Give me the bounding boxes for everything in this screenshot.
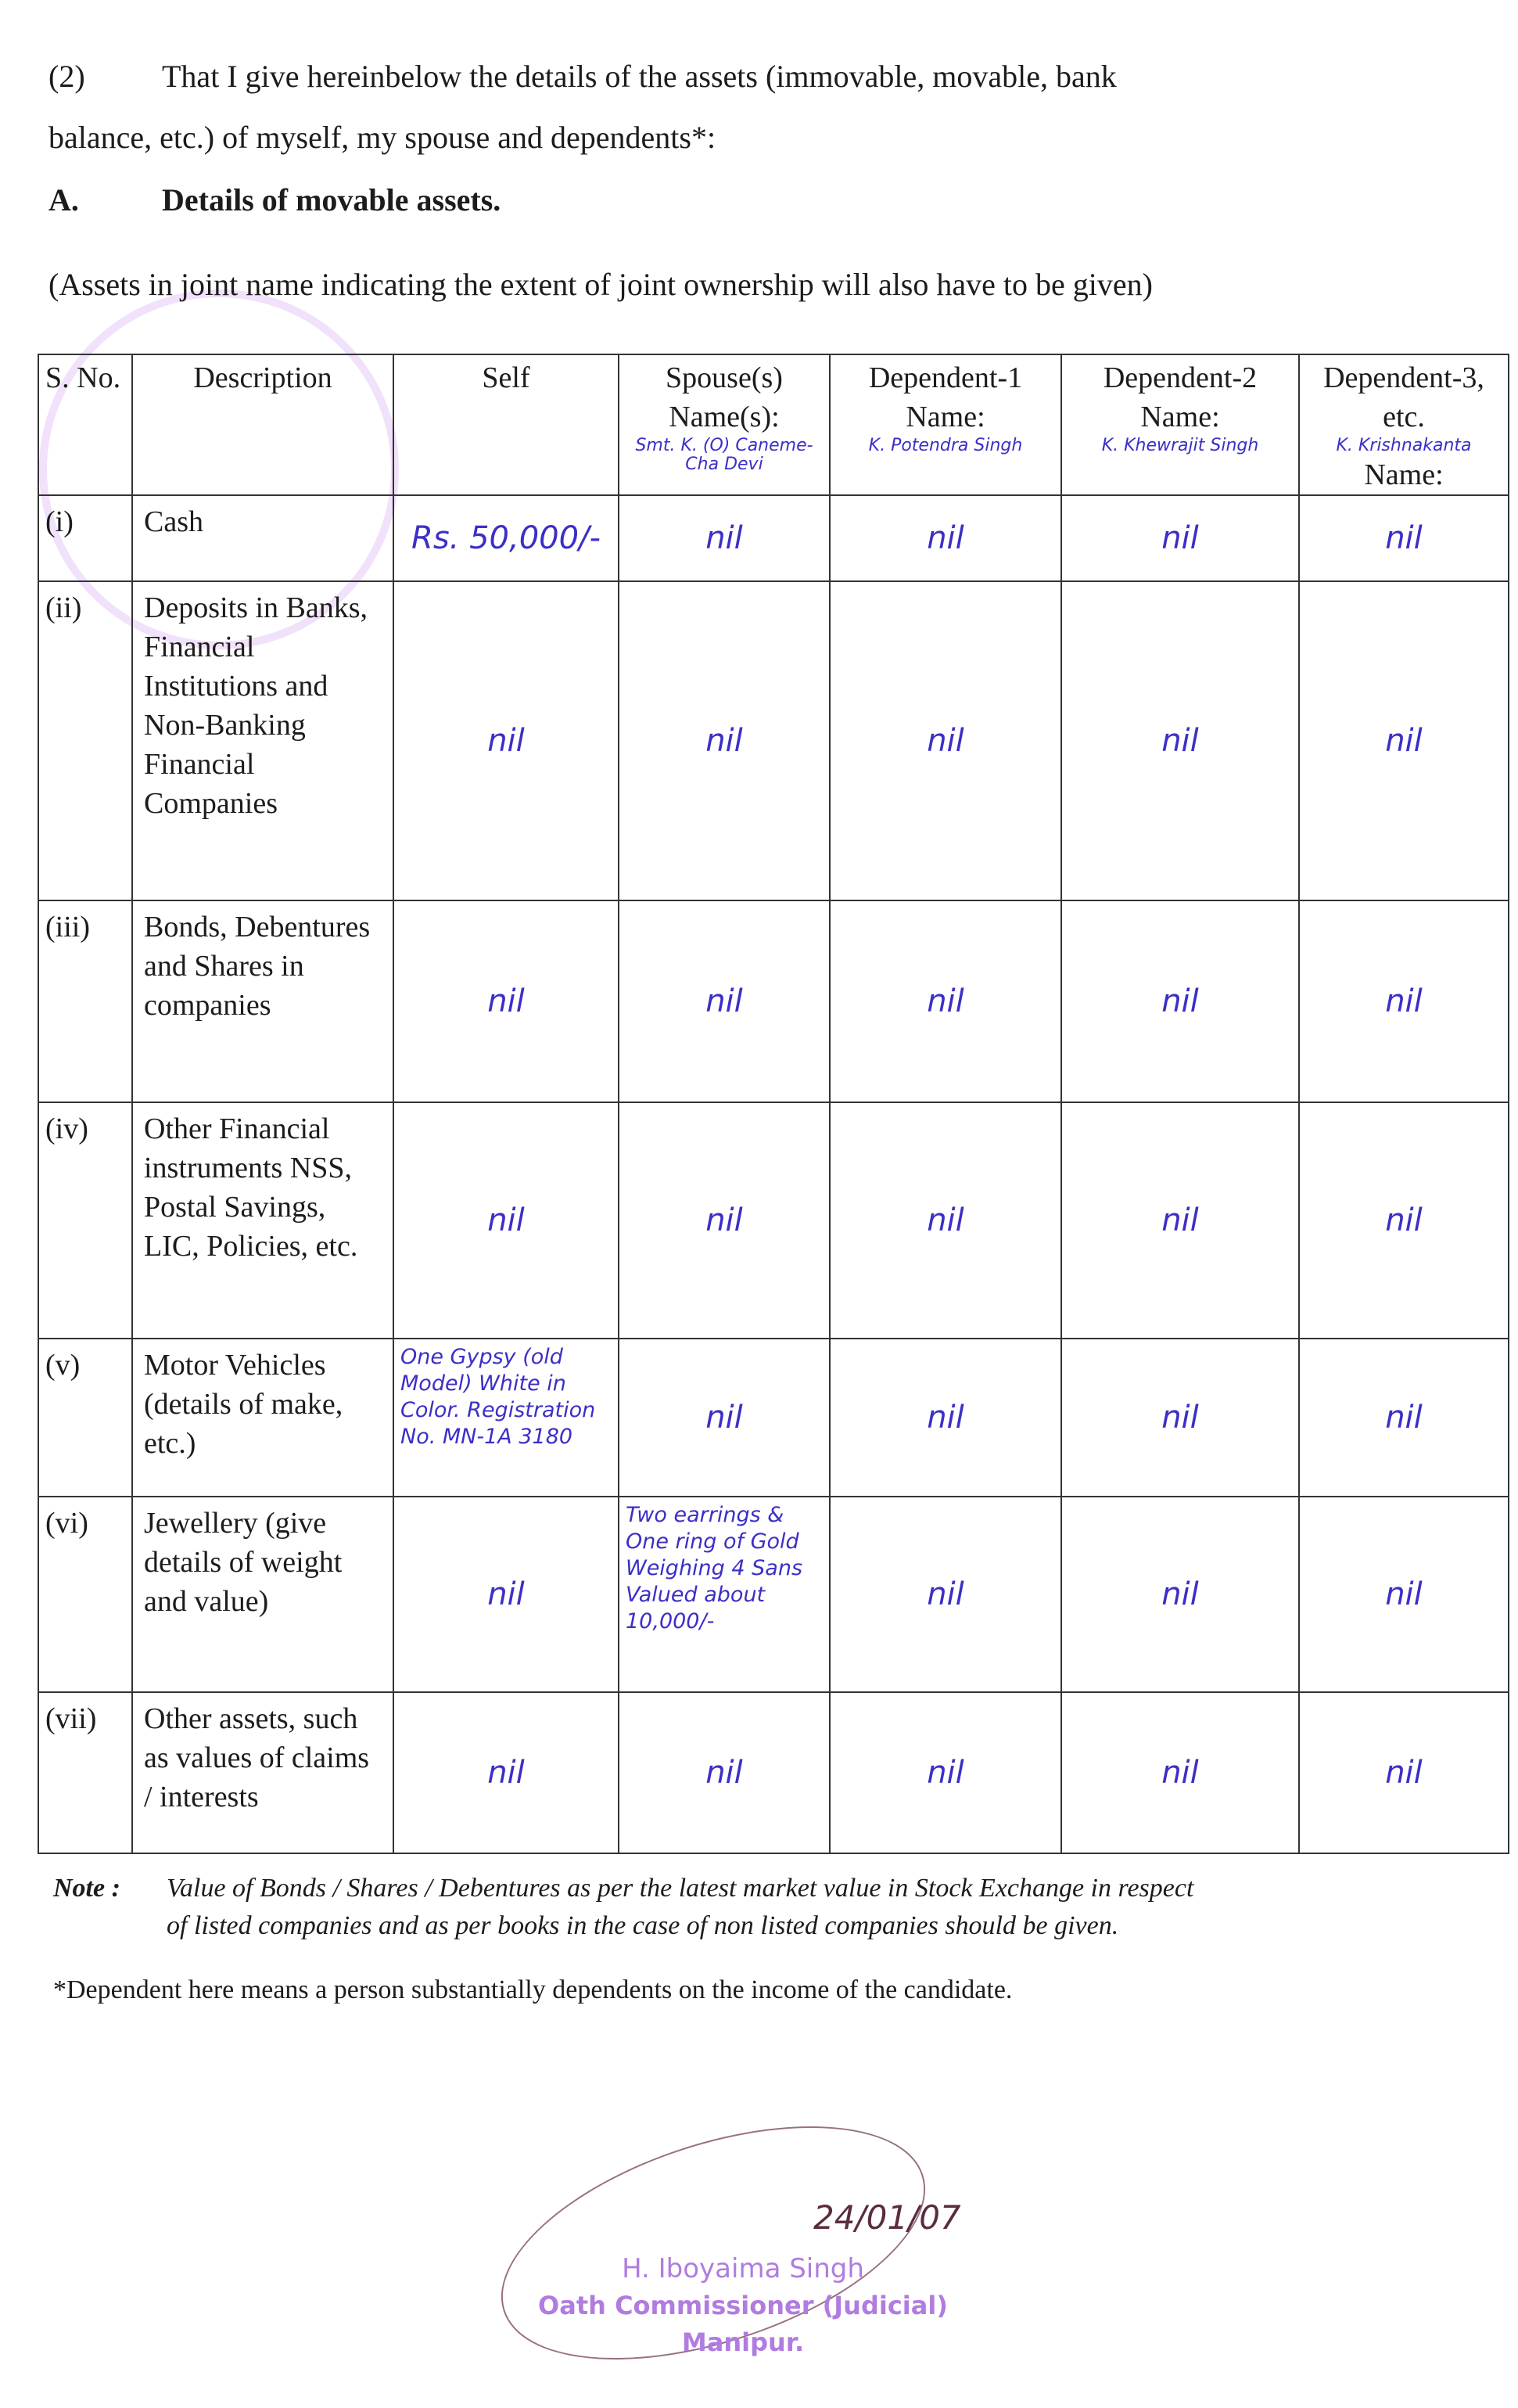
row-description: Bonds, Debentures and Shares in companie… <box>132 900 393 1102</box>
row-value-dep2: nil <box>1061 900 1299 1102</box>
intro-number: (2) <box>48 45 162 108</box>
row-value-self: nil <box>393 1692 619 1853</box>
commissioner-name: H. Iboyaima Singh <box>469 2253 1017 2284</box>
header-self: Self <box>393 354 619 495</box>
row-value-dep2: nil <box>1061 1497 1299 1692</box>
row-value-spouse: nil <box>619 1102 830 1339</box>
dependent-1-name: K. Potendra Singh <box>831 437 1060 455</box>
row-value-spouse: Two earrings & One ring of Gold Weighing… <box>619 1497 830 1692</box>
movable-assets-table: S. No. Description Self Spouse(s) Name(s… <box>38 354 1509 1854</box>
row-value-spouse: nil <box>619 581 830 900</box>
commissioner-place: Manipur. <box>469 2327 1017 2357</box>
row-sno: (vii) <box>38 1692 132 1853</box>
row-value-self: nil <box>393 581 619 900</box>
row-description: Other Financial instruments NSS, Postal … <box>132 1102 393 1339</box>
table-header-row: S. No. Description Self Spouse(s) Name(s… <box>38 354 1509 495</box>
dependent-3-name: K. Krishnakanta <box>1300 437 1508 455</box>
dependent-footnote: *Dependent here means a person substanti… <box>53 1975 1012 2005</box>
dependent-2-name: K. Khewrajit Singh <box>1062 437 1298 455</box>
row-description: Cash <box>132 495 393 581</box>
row-value-self: Rs. 50,000/- <box>393 495 619 581</box>
row-value-dep3: nil <box>1299 1497 1509 1692</box>
row-value-spouse: nil <box>619 1339 830 1497</box>
row-value-spouse: nil <box>619 1692 830 1853</box>
header-dependent-2: Dependent-2 Name: K. Khewrajit Singh <box>1061 354 1299 495</box>
row-value-dep3: nil <box>1299 1102 1509 1339</box>
row-description: Motor Vehicles (details of make, etc.) <box>132 1339 393 1497</box>
row-sno: (iii) <box>38 900 132 1102</box>
row-value-dep2: nil <box>1061 581 1299 900</box>
row-value-dep2: nil <box>1061 495 1299 581</box>
row-value-dep1: nil <box>830 1102 1061 1339</box>
table-row: (i)CashRs. 50,000/-nilnilnilnil <box>38 495 1509 581</box>
row-sno: (v) <box>38 1339 132 1497</box>
row-value-dep2: nil <box>1061 1692 1299 1853</box>
row-value-dep3: nil <box>1299 495 1509 581</box>
spouse-name: Smt. K. (O) Caneme-Cha Devi <box>619 437 829 474</box>
row-value-dep3: nil <box>1299 581 1509 900</box>
table-row: (iii)Bonds, Debentures and Shares in com… <box>38 900 1509 1102</box>
row-value-spouse: nil <box>619 900 830 1102</box>
row-value-dep1: nil <box>830 581 1061 900</box>
row-value-self: nil <box>393 1102 619 1339</box>
table-row: (vi)Jewellery (give details of weight an… <box>38 1497 1509 1692</box>
row-description: Other assets, such as values of claims /… <box>132 1692 393 1853</box>
header-dependent-3: Dependent-3, etc. K. Krishnakanta Name: <box>1299 354 1509 495</box>
row-value-dep1: nil <box>830 900 1061 1102</box>
row-description: Deposits in Banks, Financial Institution… <box>132 581 393 900</box>
section-heading: A.Details of movable assets. <box>48 181 501 218</box>
row-sno: (i) <box>38 495 132 581</box>
table-row: (ii)Deposits in Banks, Financial Institu… <box>38 581 1509 900</box>
table-row: (vii)Other assets, such as values of cla… <box>38 1692 1509 1853</box>
row-value-self: nil <box>393 1497 619 1692</box>
row-value-dep3: nil <box>1299 1692 1509 1853</box>
header-spouse: Spouse(s) Name(s): Smt. K. (O) Caneme-Ch… <box>619 354 830 495</box>
commissioner-designation: Oath Commissioner (Judicial) <box>469 2291 1017 2320</box>
row-value-dep2: nil <box>1061 1339 1299 1497</box>
row-value-self: nil <box>393 900 619 1102</box>
table-row: (iv)Other Financial instruments NSS, Pos… <box>38 1102 1509 1339</box>
intro-paragraph-line2: balance, etc.) of myself, my spouse and … <box>48 106 1394 169</box>
row-value-dep1: nil <box>830 495 1061 581</box>
row-sno: (ii) <box>38 581 132 900</box>
table-row: (v)Motor Vehicles (details of make, etc.… <box>38 1339 1509 1497</box>
row-sno: (vi) <box>38 1497 132 1692</box>
header-dependent-1: Dependent-1 Name: K. Potendra Singh <box>830 354 1061 495</box>
attestation-date: 24/01/07 <box>813 2198 961 2237</box>
row-value-spouse: nil <box>619 495 830 581</box>
header-description: Description <box>132 354 393 495</box>
intro-paragraph-line1: (2)That I give hereinbelow the details o… <box>48 45 1394 108</box>
header-sno: S. No. <box>38 354 132 495</box>
valuation-note: Note :Value of Bonds / Shares / Debentur… <box>53 1870 1193 1945</box>
row-sno: (iv) <box>38 1102 132 1339</box>
row-value-dep1: nil <box>830 1339 1061 1497</box>
row-value-self: One Gypsy (old Model) White in Color. Re… <box>393 1339 619 1497</box>
row-value-dep1: nil <box>830 1497 1061 1692</box>
row-value-dep2: nil <box>1061 1102 1299 1339</box>
row-value-dep3: nil <box>1299 900 1509 1102</box>
row-description: Jewellery (give details of weight and va… <box>132 1497 393 1692</box>
row-value-dep1: nil <box>830 1692 1061 1853</box>
joint-ownership-note: (Assets in joint name indicating the ext… <box>48 266 1153 303</box>
row-value-dep3: nil <box>1299 1339 1509 1497</box>
